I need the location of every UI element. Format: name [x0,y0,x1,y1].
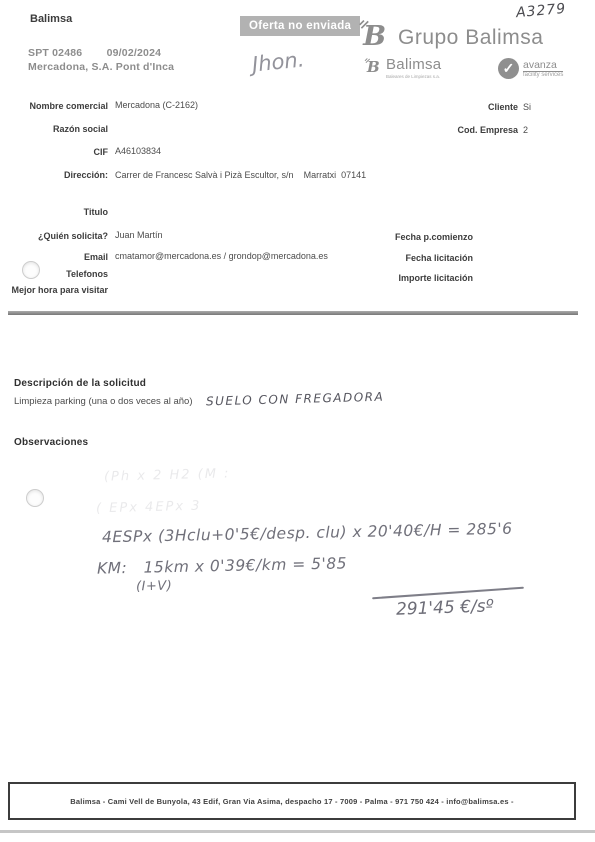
avanza-tagline: facility services [523,72,563,78]
handwritten-signature: Jhon. [251,47,306,76]
label-cod-empresa: Cod. Empresa [380,125,518,135]
section-divider [8,311,578,315]
avanza-check-icon: ✓ [498,58,519,79]
reference-row: SPT 02486 09/02/2024 [28,47,161,59]
handwritten-total: 291'45 €/sº [396,596,494,619]
handwritten-calc-line-2: KM: 15km x 0'39€/km = 5'85 [97,554,347,577]
balimsa-logo: B Balimsa Baleares de Limpiezas s.a. [364,57,441,81]
value-nombre-comercial: Mercadona (C-2162) [115,100,198,110]
footer-contact-box: Balimsa - Cami Vell de Bunyola, 43 Edif,… [8,782,576,820]
client-name-line: Mercadona, S.A. Pont d'Inca [28,61,174,73]
scan-edge-artifact [0,830,595,833]
scanned-offer-form-page: Balimsa SPT 02486 09/02/2024 Mercadona, … [0,0,595,842]
label-nombre-comercial: Nombre comercial [0,100,108,113]
status-badge: Oferta no enviada [240,16,360,36]
label-fecha-licitacion: Fecha licitación [340,253,473,263]
offer-date: 09/02/2024 [107,47,162,59]
descripcion-text: Limpieza parking (una o dos veces al año… [14,396,193,407]
value-cod-empresa: 2 [523,125,528,135]
label-cif: CIF [0,146,108,159]
value-direccion: Carrer de Francesc Salvà i Pizà Escultor… [115,170,366,180]
faint-erased-note-1: (Ph x 2 H2 (M : [104,466,231,484]
value-cif: A46103834 [115,146,161,156]
balimsa-tagline: Baleares de Limpiezas s.a. [386,74,441,79]
descripcion-handwritten-note: SUELO CON FREGADORA [206,390,385,409]
observaciones-heading: Observaciones [14,437,88,448]
label-importe-licitacion: Importe licitación [340,273,473,283]
footer-contact-text: Balimsa - Cami Vell de Bunyola, 43 Edif,… [70,797,513,806]
label-email: Email [0,251,108,264]
punch-hole-middle [26,489,44,507]
grupo-balimsa-wordmark: Grupo Balimsa [398,26,543,50]
faint-erased-note-2: ( EPx 4EPx 3 [96,499,202,517]
avanza-logo: ✓ avanza facility services [498,58,563,79]
handwritten-calc-line-3: (I+V) [136,579,173,595]
label-direccion: Dirección: [0,169,108,182]
label-quien-solicita: ¿Quién solicita? [0,230,108,243]
handwritten-reference-number: A3279 [515,1,566,21]
offer-reference: SPT 02486 [28,47,82,59]
value-quien-solicita: Juan Martín [115,230,163,240]
balimsa-b-icon: B [358,18,392,57]
balimsa-wordmark: Balimsa [386,57,441,72]
handwritten-calc-line-1: 4ESPx (3Hclu+0'5€/desp. clu) x 20'40€/H … [102,520,513,547]
descripcion-heading: Descripción de la solicitud [14,378,146,389]
grupo-balimsa-logo: B Grupo Balimsa [358,18,543,57]
label-mejor-hora: Mejor hora para visitar [0,284,108,297]
label-cliente: Cliente [380,102,518,112]
avanza-wordmark: avanza [523,59,563,73]
value-email: cmatamor@mercadona.es / grondop@mercadon… [115,251,328,261]
label-razon-social: Razón social [0,123,108,136]
label-titulo: Titulo [0,206,108,219]
label-telefonos: Telefonos [0,268,108,281]
company-name: Balimsa [30,13,72,25]
balimsa-b-small-icon: B [364,57,383,81]
label-fecha-pcomienzo: Fecha p.comienzo [340,232,473,242]
value-cliente: Si [523,102,531,112]
